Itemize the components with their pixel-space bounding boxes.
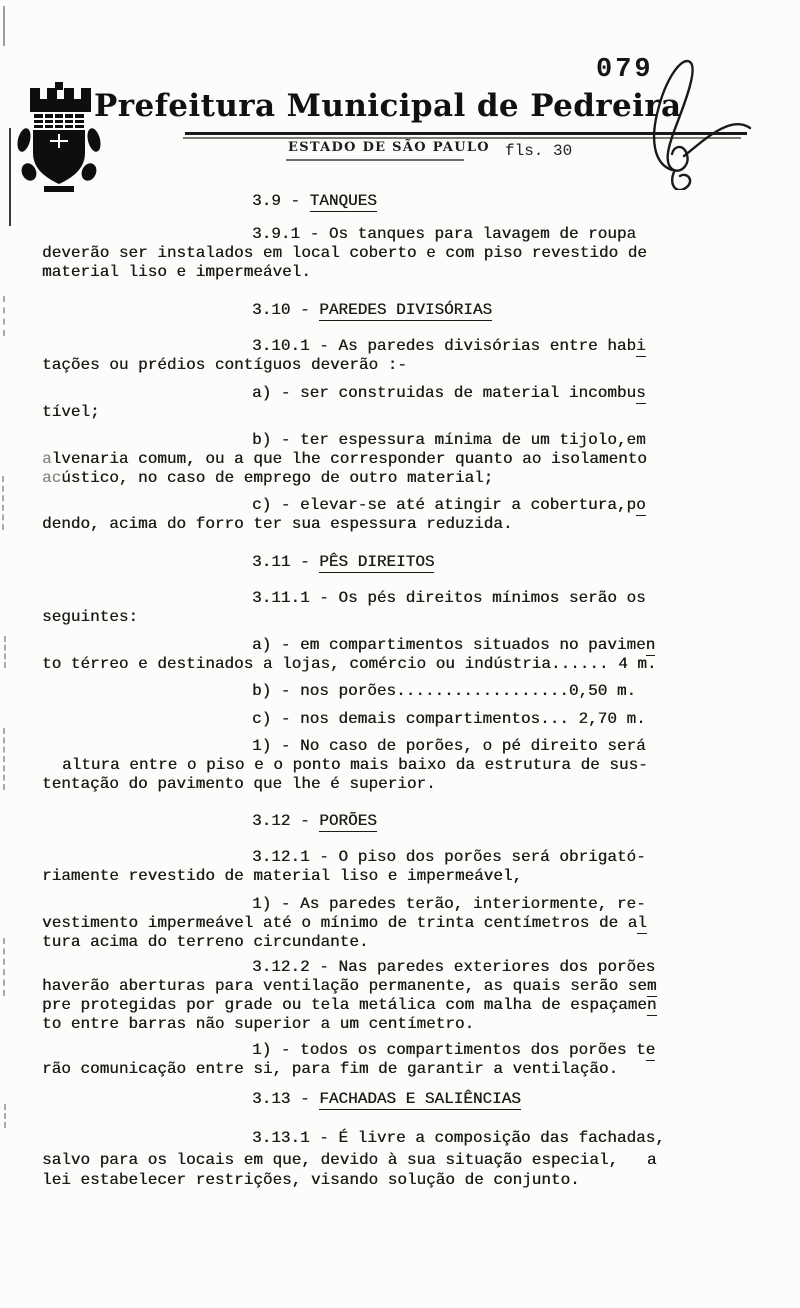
text-line: vestimento impermeável até o mínimo de t… bbox=[42, 914, 782, 933]
text-line: haverão aberturas para ventilação perman… bbox=[42, 977, 782, 996]
text-line: lei estabelecer restrições, visando solu… bbox=[42, 1171, 782, 1190]
text-line: riamente revestido de material liso e im… bbox=[42, 867, 782, 886]
text-line: tentação do pavimento que lhe é superior… bbox=[42, 775, 782, 794]
section-heading: 3.10 - PAREDES DIVISÓRIAS bbox=[42, 301, 782, 320]
text-line: 3.9.1 - Os tanques para lavagem de roupa bbox=[42, 225, 782, 244]
text-line: material liso e impermeável. bbox=[42, 263, 782, 282]
margin-scan-mark bbox=[4, 1104, 6, 1128]
text-line: 1) - todos os compartimentos dos porões … bbox=[42, 1041, 782, 1060]
text-line: seguintes: bbox=[42, 608, 782, 627]
section-heading: 3.12 - PORÕES bbox=[42, 812, 782, 831]
text-line: deverão ser instalados em local coberto … bbox=[42, 244, 782, 263]
section-heading: 3.9 - TANQUES bbox=[42, 192, 782, 211]
margin-scan-mark bbox=[3, 728, 5, 790]
text-line: 1) - As paredes terão, interiormente, re… bbox=[42, 895, 782, 914]
text-line: pre protegidas por grade ou tela metálic… bbox=[42, 996, 782, 1015]
text-line: c) - nos demais compartimentos... 2,70 m… bbox=[42, 710, 782, 729]
text-line: a) - em compartimentos situados no pavim… bbox=[42, 636, 782, 655]
margin-scan-mark bbox=[3, 938, 5, 996]
margin-scan-mark bbox=[3, 296, 5, 336]
margin-scan-mark bbox=[3, 6, 5, 46]
text-line: salvo para os locais em que, devido à su… bbox=[42, 1151, 782, 1170]
subtitle-underline bbox=[286, 159, 464, 161]
text-line: 3.11.1 - Os pés direitos mínimos serão o… bbox=[42, 589, 782, 608]
signature-rubric-icon bbox=[628, 48, 758, 190]
text-line: tível; bbox=[42, 403, 782, 422]
text-line: 1) - No caso de porões, o pé direito ser… bbox=[42, 737, 782, 756]
section-heading: 3.13 - FACHADAS E SALIÊNCIAS bbox=[42, 1090, 782, 1109]
margin-scan-mark bbox=[2, 476, 4, 530]
text-line: b) - nos porões..................0,50 m. bbox=[42, 682, 782, 701]
text-line: 3.12.1 - O piso dos porões será obrigató… bbox=[42, 848, 782, 867]
text-line: to térreo e destinados a lojas, comércio… bbox=[42, 655, 782, 674]
document-body: 3.9 - TANQUES3.9.1 - Os tanques para lav… bbox=[42, 185, 782, 1190]
page-title: Prefeitura Municipal de Pedreira bbox=[94, 88, 654, 124]
margin-scan-mark bbox=[9, 128, 11, 226]
text-line: altura entre o piso e o ponto mais baixo… bbox=[42, 756, 782, 775]
text-line: a) - ser construidas de material incombu… bbox=[42, 384, 782, 403]
municipal-coat-of-arms-icon bbox=[14, 82, 106, 196]
margin-scan-mark bbox=[4, 636, 6, 668]
scanned-document-page: Prefeitura Municipal de Pedreira ESTADO … bbox=[0, 0, 800, 1308]
text-line: rão comunicação entre si, para fim de ga… bbox=[42, 1060, 782, 1079]
text-line: 3.12.2 - Nas paredes exteriores dos porõ… bbox=[42, 958, 782, 977]
text-line: b) - ter espessura mínima de um tijolo,e… bbox=[42, 431, 782, 450]
text-line: acústico, no caso de emprego de outro ma… bbox=[42, 469, 782, 488]
state-subtitle: ESTADO DE SÃO PAULO bbox=[288, 140, 490, 155]
text-line: dendo, acima do forro ter sua espessura … bbox=[42, 515, 782, 534]
text-line: tações ou prédios contíguos deverão :- bbox=[42, 356, 782, 375]
section-heading: 3.11 - PÊS DIREITOS bbox=[42, 553, 782, 572]
text-line: alvenaria comum, ou a que lhe correspond… bbox=[42, 450, 782, 469]
text-line: 3.13.1 - É livre a composição das fachad… bbox=[42, 1129, 782, 1148]
text-line: 3.10.1 - As paredes divisórias entre hab… bbox=[42, 337, 782, 356]
text-line: c) - elevar-se até atingir a cobertura,p… bbox=[42, 496, 782, 515]
folio-number: fls. 30 bbox=[505, 142, 572, 160]
text-line: to entre barras não superior a um centím… bbox=[42, 1015, 782, 1034]
text-line: tura acima do terreno circundante. bbox=[42, 933, 782, 952]
